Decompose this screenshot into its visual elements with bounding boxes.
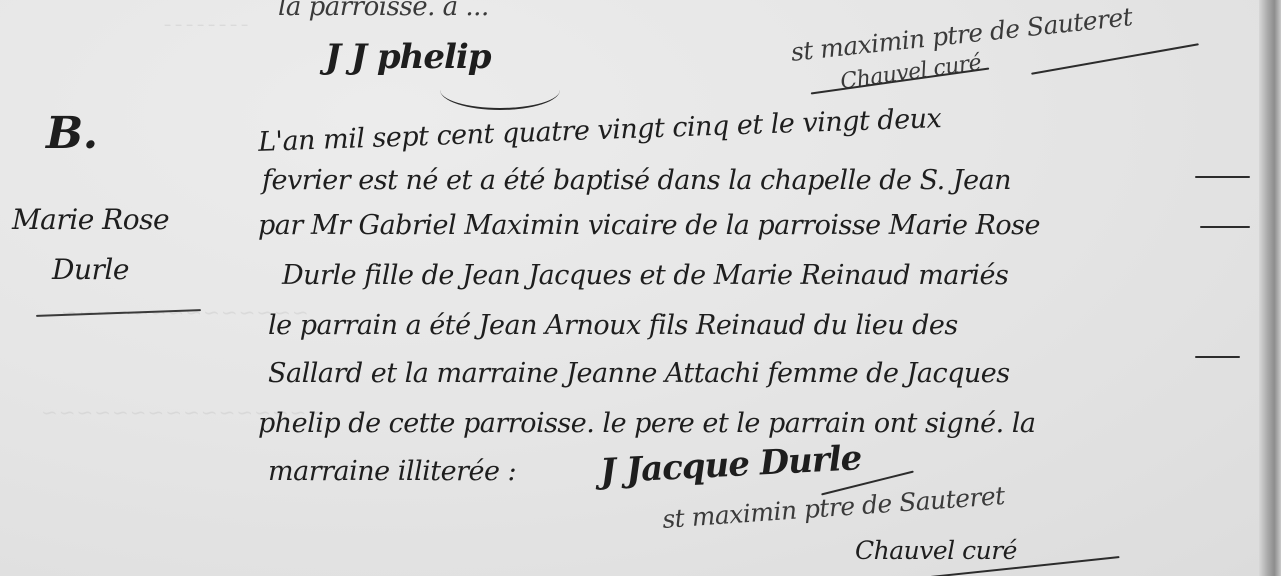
signature-paraph [1031, 43, 1199, 74]
page-binding-edge [1259, 0, 1281, 576]
margin-name-surname: Durle [52, 256, 129, 284]
signature-jacque-durle: J Jacque Durle [599, 441, 862, 489]
entry-type-letter: B. [46, 112, 98, 156]
line-end-dash [1195, 356, 1240, 358]
entry-line-3: par Mr Gabriel Maximin vicaire de la par… [258, 212, 1040, 239]
entry-line-5: le parrain a été Jean Arnoux fils Reinau… [268, 312, 958, 339]
margin-name-first: Marie Rose [12, 206, 169, 234]
entry-line-2: fevrier est né et a été baptisé dans la … [262, 167, 1011, 194]
line-end-dash [1195, 176, 1250, 178]
previous-entry-fragment: la parroisse. a ... [278, 0, 489, 20]
entry-line-7: phelip de cette parroisse. le pere et le… [258, 410, 1035, 437]
signature-chauvel-bottom: Chauvel curé [855, 538, 1017, 563]
entry-line-4: Durle fille de Jean Jacques et de Marie … [282, 262, 1008, 289]
entry-line-6: Sallard et la marraine Jeanne Attachi fe… [268, 360, 1010, 387]
signature-phelip: J J phelip [325, 40, 491, 74]
entry-line-8: marraine illiterée : [268, 458, 516, 485]
signature-flourish [440, 70, 560, 110]
bleed-through-text: ˍˍˍˍˍˍˍˍ [160, 4, 248, 28]
entry-line-1: L'an mil sept cent quatre vingt cinq et … [258, 105, 942, 156]
line-end-dash [1200, 226, 1250, 228]
register-page: ˍˍˍˍˍˍˍˍ ~~~~~~~~~~~~~~ ~~~~~~~~~~~~~~~~… [0, 0, 1281, 576]
